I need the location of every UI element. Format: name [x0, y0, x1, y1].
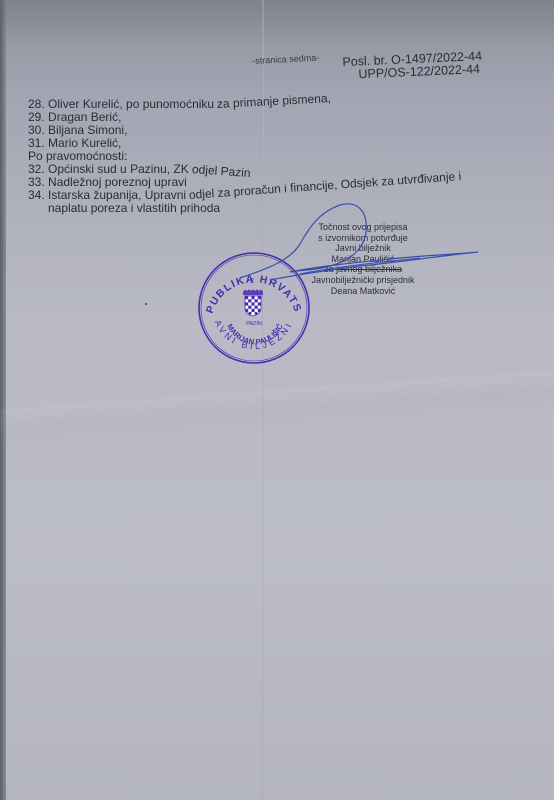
item-text: Istarska županija, Upravni [48, 188, 186, 202]
croatian-coat-of-arms-icon [243, 290, 263, 317]
certification-line: za javnog bilježnika [308, 264, 418, 275]
ink-speck [145, 303, 147, 305]
certification-line: Javnobilježnički prisjednik [308, 275, 418, 286]
certification-line: Javni bilježnik [308, 243, 418, 254]
item-text-tail: za primanje pismena, [217, 92, 332, 111]
notary-stamp: REPUBLIKA HRVATSKA JAVNI BILJEŽNIK MARIJ… [196, 250, 312, 366]
certification-line: Točnost ovog prijepisa [308, 222, 418, 233]
stamp-number: 2 [250, 278, 254, 285]
item-number: 34. [28, 188, 45, 202]
item-text: Nadležnoj poreznoj upravi [48, 175, 187, 189]
list-item-continuation: naplatu poreza i vlastitih prihoda [28, 202, 462, 215]
item-number: 33. [28, 175, 45, 189]
item-number: 29. [28, 110, 45, 124]
item-text: Oliver Kurelić, po punomoćniku [48, 97, 214, 111]
certification-line: Deana Matković [308, 286, 418, 297]
item-text: Biljana Simoni, [48, 123, 127, 137]
page-edge-shadow [0, 0, 6, 800]
item-number: 31. [28, 136, 45, 150]
horizontal-fold-line [0, 371, 554, 450]
certification-line: s izvornikom potvrđuje [308, 233, 418, 244]
item-number: 32. [28, 162, 45, 176]
top-shadow [0, 0, 554, 45]
recipient-list: 28. Oliver Kurelić, po punomoćniku za pr… [28, 98, 462, 215]
item-number: 30. [28, 123, 45, 137]
item-text: Dragan Berić, [48, 110, 121, 124]
page-label: -stranica sedma- [252, 52, 319, 65]
item-number: 28. [28, 97, 45, 111]
certification-line: Marijan Paulišić [308, 254, 418, 265]
item-text: Općinski sud u Pazinu, ZK [48, 162, 189, 176]
certification-block: Točnost ovog prijepisa s izvornikom potv… [308, 222, 418, 296]
stamp-city: PAZIN [246, 321, 262, 327]
item-text: Mario Kurelić, [48, 136, 121, 150]
